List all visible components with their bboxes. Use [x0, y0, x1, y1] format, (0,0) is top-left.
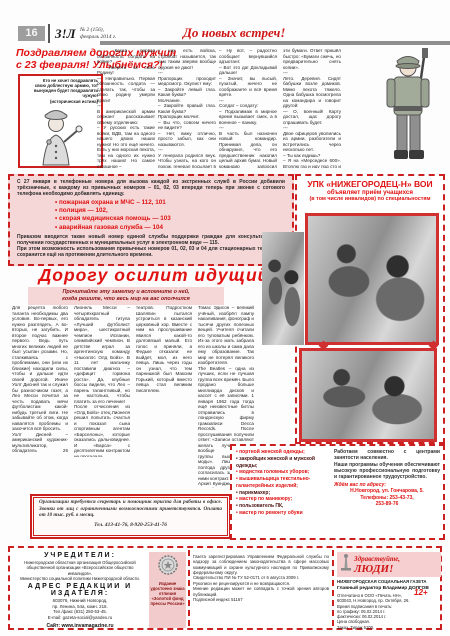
- footer-divider: [332, 550, 334, 626]
- specialty-item: парикмахер;: [236, 490, 331, 497]
- specialty-item: закройщик женской и мужской одежды;: [236, 456, 331, 470]
- award-panel: Издание удостоено знака отличия «Золотой…: [149, 552, 186, 628]
- emergency-item-ambulance: скорая медицинская помощь — 103: [55, 215, 285, 223]
- newspaper-brand-box: Здравствуйте, ЛЮДИ!: [337, 552, 441, 577]
- page-motto: До новых встреч!: [183, 25, 285, 41]
- specialty-item: мастер по маникюру;: [236, 496, 331, 503]
- joke-column-2: у них есть войска, стройбат называется, …: [158, 48, 216, 168]
- header-divider: [48, 24, 50, 43]
- monument-icon: [340, 553, 352, 576]
- age-rating-badge: 12+: [414, 588, 428, 597]
- footer-divider: [188, 550, 190, 626]
- editorial-address: 603076, Нижний Новгород, пр. Ленина, 54а…: [14, 598, 146, 621]
- registration-block: Газета зарегистрирована Управлением Феде…: [193, 554, 329, 602]
- brand-subtitle: НИЖЕГОРОДСКАЯ СОЦИАЛЬНАЯ ГАЗЕТА: [337, 579, 441, 584]
- specialty-item: модистка головных уборов;: [236, 469, 331, 476]
- gold-press-fund-seal-icon: [157, 563, 179, 580]
- joke-column-1: — Какая первая обязанность солдата на во…: [97, 48, 155, 168]
- vacancy-text: Организации требуется секретарь и помощн…: [39, 499, 222, 519]
- article-subtitle: Прочитайте эту заметку и вспомните о ней…: [28, 287, 224, 305]
- emergency-outro-1: Приказом вводится также новый номер един…: [17, 234, 285, 246]
- upk-info-text: Работаем совместно с центрами занятости …: [334, 449, 440, 508]
- joke-column-3: – Ну вот, – радостно сообщает вернувшийс…: [219, 48, 277, 168]
- upk-text-1: Работаем совместно с центрами занятости …: [334, 449, 440, 462]
- emergency-numbers-box: С 27 января в телефонные номера для вызо…: [8, 174, 294, 266]
- newspaper-logo: З!Л: [55, 26, 76, 42]
- vacancy-ad-box: Организации требуется секретарь и помощн…: [30, 494, 231, 539]
- emergency-item-police: полиция — 102,: [55, 207, 285, 215]
- brand-line-1: Здравствуйте,: [354, 555, 400, 563]
- joke-column-4: эти бумаги. Ответ пришёл быстро: «Бумаги…: [283, 48, 341, 168]
- print-info: Отпечатано в ООО «Печать НН», 603043, Н.…: [337, 593, 441, 630]
- upk-phones: Телефоны: 253-43-73, 253-89-76: [334, 495, 440, 508]
- article-column-2: Лионель Месси – четырёхкратный обладател…: [74, 305, 130, 457]
- founders-title: УЧРЕДИТЕЛИ:: [14, 552, 146, 559]
- emergency-intro: С 27 января в телефонные номера для вызо…: [17, 179, 285, 197]
- brand-line-2: ЛЮДИ!: [354, 563, 400, 575]
- editorial-address-title: АДРЕС РЕДАКЦИИ И ИЗДАТЕЛЯ:: [14, 583, 146, 597]
- emergency-item-fire: пожарная охрана и МЧС – 112, 101: [55, 199, 285, 207]
- vacancy-phone: Тел. 413-41-76, 8-920-253-41-76: [39, 522, 222, 528]
- training-photo-left: [262, 232, 304, 345]
- footer: УЧРЕДИТЕЛИ: Нижегородская областная орга…: [8, 546, 442, 630]
- article-column-3: театров. Подростком Шаляпин пытался устр…: [136, 305, 192, 459]
- training-photo-top: [305, 213, 439, 345]
- upk-subtitle-2: (в том числе инвалидов) по специальностя…: [299, 196, 441, 202]
- page-number: 16: [18, 26, 45, 41]
- upk-text-2: Наши программы обучения обеспечивают выс…: [334, 462, 440, 481]
- training-photo-bottom: [299, 348, 437, 442]
- soldier-cartoon-icon: [23, 153, 102, 168]
- issue-info: № 2 (156), февраль 2014 г.: [80, 27, 116, 41]
- emergency-list: пожарная охрана и МЧС – 112, 101 полиция…: [55, 199, 285, 232]
- specialty-item: вышивальщица текстильно-галантерейных из…: [236, 476, 331, 490]
- newspaper-page: 16 З!Л № 2 (156), февраль 2014 г. До нов…: [0, 0, 450, 636]
- award-text: Издание удостоено знака отличия «Золотой…: [149, 581, 186, 606]
- article-title: Дорогу осилит идущий: [14, 265, 294, 286]
- specialty-item: мастер по ремонту обуви: [236, 510, 331, 517]
- founders-text: Нижегородская областная организация Обще…: [14, 560, 146, 581]
- footer-founders-block: УЧРЕДИТЕЛИ: Нижегородская областная орга…: [14, 552, 146, 629]
- specialty-item: пользователь ПК,: [236, 503, 331, 510]
- epigraph-text: Кто не хочет поздравлять свою доблестную…: [23, 78, 98, 99]
- epigraph-box: Кто не хочет поздравлять свою доблестную…: [18, 74, 103, 168]
- article-column-1: Для рецепта любого таланта необходимы дв…: [12, 305, 68, 455]
- website-link: Сайт: www.invamagazine.ru: [14, 623, 146, 629]
- emergency-outro-2: При этом возможность использования привы…: [17, 246, 285, 258]
- upk-specialties-list: портной женской одежды; закройщик женско…: [236, 449, 331, 517]
- upk-title: УПК «НИЖЕГОРОДЕЦ-Н» ВОИ: [299, 179, 441, 189]
- specialty-item: портной женской одежды;: [236, 449, 331, 456]
- upk-subtitle-1: объявляет приём учащихся: [299, 189, 441, 196]
- emergency-item-gas: аварийная газовая служба — 104: [55, 224, 285, 232]
- standing-soldier-cartoon-icon: [368, 44, 448, 168]
